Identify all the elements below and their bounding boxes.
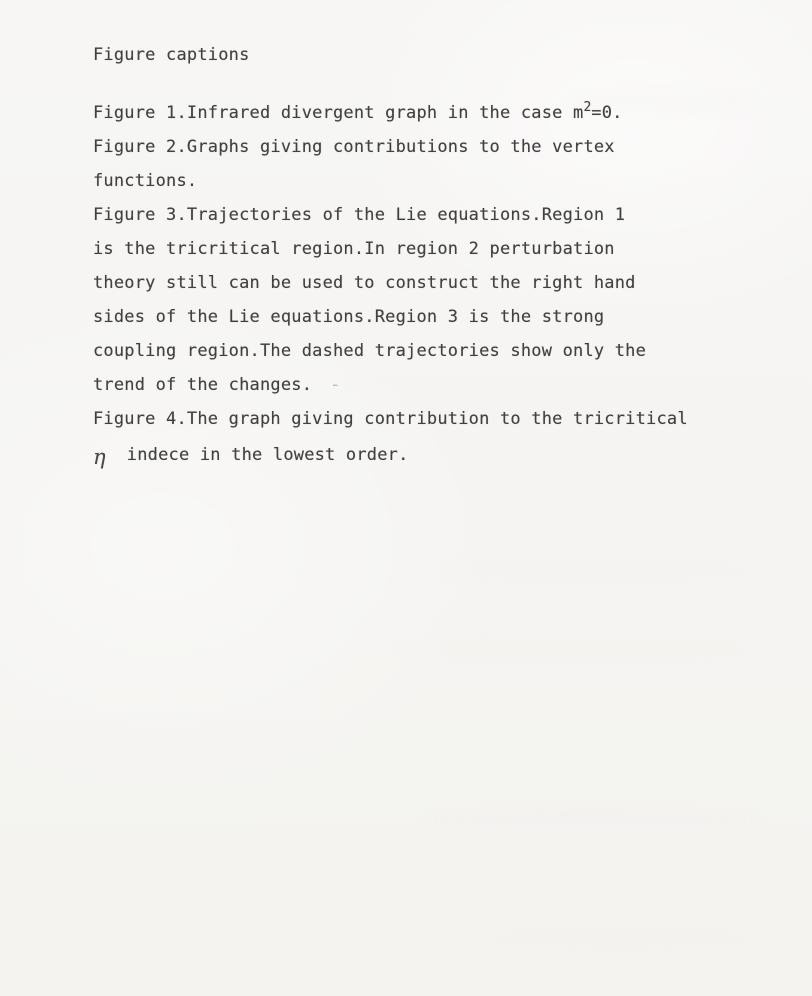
caption-text: is the tricritical region.In region 2 pe…: [93, 239, 615, 259]
page-title: Figure captions: [93, 38, 773, 72]
caption-text: Figure 3.Trajectories of the Lie equatio…: [93, 205, 625, 225]
caption-text: sides of the Lie equations.Region 3 is t…: [93, 307, 604, 327]
caption-line-fig3-4: sides of the Lie equations.Region 3 is t…: [93, 300, 773, 334]
caption-line-fig4-1: Figure 4.The graph giving contribution t…: [93, 402, 773, 436]
caption-line-fig4-2: ηindece in the lowest order.: [93, 436, 773, 470]
caption-line-fig3-5: coupling region.The dashed trajectories …: [93, 334, 773, 368]
figure-captions-block: Figure captions Figure 1.Infrared diverg…: [93, 38, 773, 470]
scan-bleedthrough-artifact: [420, 810, 760, 828]
caption-line-fig2-2: functions.: [93, 164, 773, 198]
eta-symbol: η: [93, 440, 106, 474]
scan-bleedthrough-artifact: [380, 640, 760, 658]
caption-text: Figure 2.Graphs giving contributions to …: [93, 137, 615, 157]
caption-line-fig3-6: trend of the changes.-: [93, 368, 773, 402]
caption-text: trend of the changes.: [93, 375, 312, 395]
scan-bleedthrough-artifact: [430, 560, 760, 580]
caption-text: =0.: [591, 103, 622, 123]
caption-text: indece in the lowest order.: [127, 445, 409, 465]
caption-text: Figure 1.Infrared divergent graph in the…: [93, 103, 583, 123]
caption-text: coupling region.The dashed trajectories …: [93, 341, 646, 361]
caption-line-fig3-3: theory still can be used to construct th…: [93, 266, 773, 300]
caption-text: functions.: [93, 171, 197, 191]
caption-line-fig3-1: Figure 3.Trajectories of the Lie equatio…: [93, 198, 773, 232]
caption-text: theory still can be used to construct th…: [93, 273, 636, 293]
caption-text: Figure 4.The graph giving contribution t…: [93, 409, 688, 429]
scan-bleedthrough-artifact: [470, 930, 770, 946]
scanned-page: Figure captions Figure 1.Infrared diverg…: [0, 0, 812, 996]
caption-line-fig3-2: is the tricritical region.In region 2 pe…: [93, 232, 773, 266]
stray-pen-mark: -: [330, 375, 340, 395]
caption-line-fig1: Figure 1.Infrared divergent graph in the…: [93, 96, 773, 130]
caption-line-fig2-1: Figure 2.Graphs giving contributions to …: [93, 130, 773, 164]
